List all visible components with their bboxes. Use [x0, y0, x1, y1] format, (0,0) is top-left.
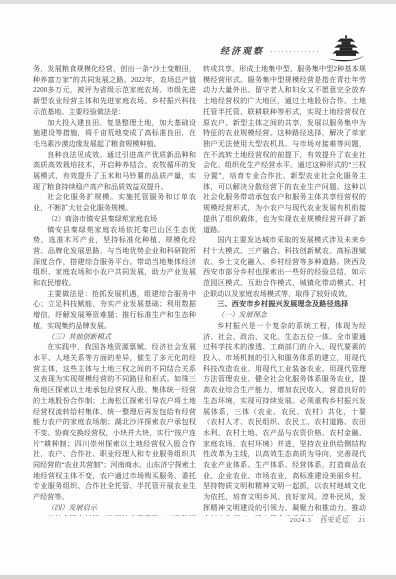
left-column: 务，发展粮食规模化经营，创出一条“沙土变粮田，种养富万家”的共同发展之路。202… [33, 64, 196, 516]
bell-tower-icon [326, 34, 366, 64]
subsection-heading: （三）其他创新模式 [33, 332, 196, 343]
page-edge-bottom [0, 575, 396, 579]
body-paragraph: 镇安县秦绿苑家庭农场依托秦巴山区生态优势，选准木耳产业，坚持标准化种植、规模化经… [33, 225, 196, 289]
body-paragraph: 社会化服务扩规模。实施托管服务和订单农业，不断扩大社会化服务规模。 [33, 192, 196, 213]
body-paragraph: 务，发展粮食规模化经营，创出一条“沙土变粮田，种养富万家”的共同发展之路。202… [33, 64, 196, 118]
body-paragraph: 主要做法是：抢抓发展机遇，组建综合服务中心；立足科技赋能、夯实产业发展基础；利用… [33, 289, 196, 332]
subsection-heading: （一）发展理念 [203, 310, 366, 321]
right-column: 转或共享，形成土地集中型、服务集中型2种基本规模经营形式。服务集中型规模经营是指… [203, 64, 366, 516]
page-edge-top [0, 0, 396, 4]
body-paragraph: 国内主要发达城市采取的发展模式涉及未来乡村十大模式、三产融合、科技创新赋农、高标… [203, 235, 366, 299]
document-page: 经济观察 ············· 务，发展粮食规模化经营，创出一条“沙土变粮… [0, 0, 396, 579]
issue-label: 2024.3 [290, 517, 312, 524]
article-body: 务，发展粮食规模化经营，创出一条“沙土变粮田，种养富万家”的共同发展之路。202… [33, 64, 366, 516]
page-header: 经济观察 ············· [30, 34, 366, 64]
body-paragraph: 加大投入建良田。复垦整理土地，加大基础设施建设等措施，将千亩荒地变成了高标准良田… [33, 118, 196, 150]
journal-title: 西安论坛 [320, 514, 349, 524]
body-paragraph: 良种良法见成效。通过引进高产优质新品种和高质高效栽培技术，开启种养结合、农牧循环… [33, 150, 196, 193]
body-paragraph: （2）商洛市镇安县秦绿苑家庭农场 [33, 214, 196, 225]
section-heading: 三、西安市乡村振兴发展理念及路径选择 [203, 299, 366, 310]
page-footer: 2024.3 西安论坛 21 [290, 514, 366, 524]
subsection-heading: （四）发展启示 [33, 503, 196, 514]
body-paragraph: 总结全国乡村振兴发展的典型事例，以及陕西各地的探索实践，实质是通过不同方式的土地… [33, 514, 196, 516]
column-label: 经济观察 [220, 44, 264, 64]
body-paragraph: 乡村振兴是一个复杂的系统工程，体现为经济、社会、政治、文化、生态五位一体。全市要… [203, 321, 366, 516]
page-number: 21 [358, 517, 366, 524]
body-paragraph: 转或共享，形成土地集中型、服务集中型2种基本规模经营形式。服务集中型规模经营是指… [203, 64, 366, 235]
body-paragraph: 在实践中，我国各地资源禀赋、经济社会发展水平、人地关系等方面的差异，催生了多元化… [33, 342, 196, 503]
header-dots: ············· [270, 48, 320, 64]
